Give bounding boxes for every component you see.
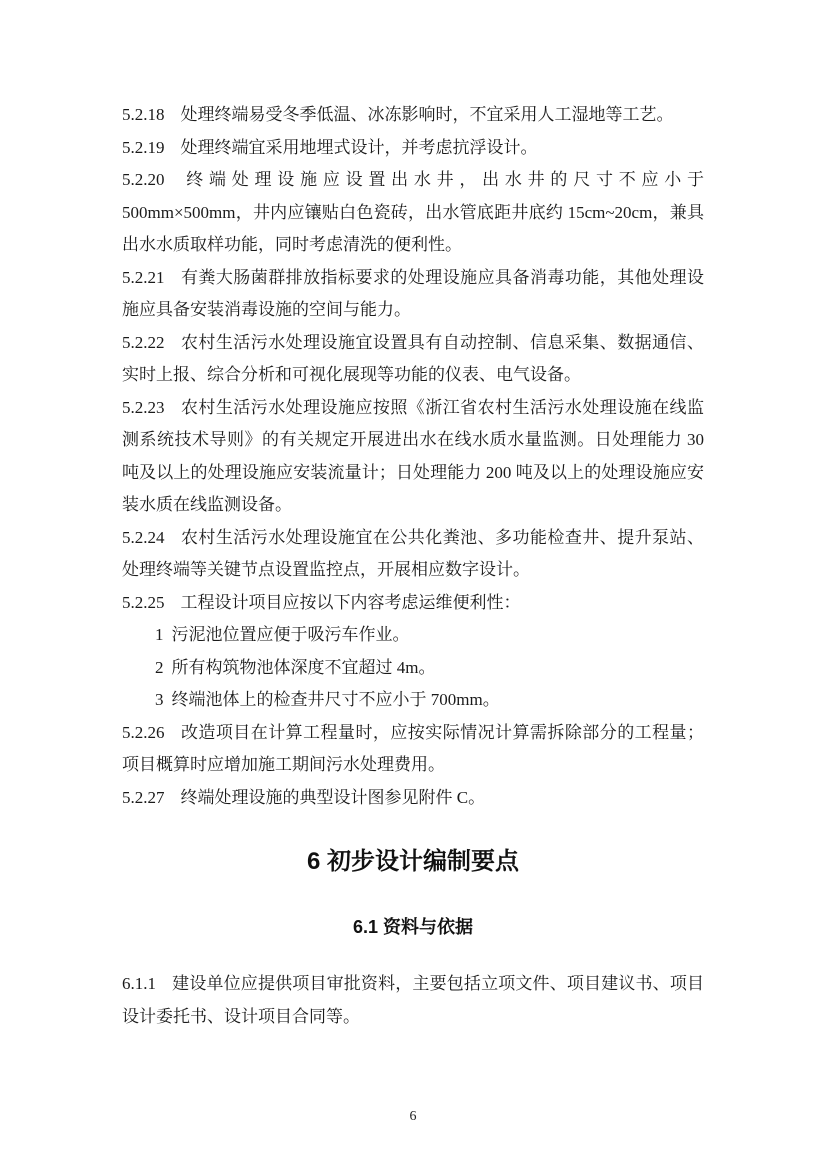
clause-number: 5.2.26 <box>122 723 165 742</box>
clause-text: 污泥池位置应便于吸污车作业。 <box>172 625 410 644</box>
clause-paragraph: 5.2.18处理终端易受冬季低温、冰冻影响时，不宜采用人工湿地等工艺。 <box>122 99 704 132</box>
chapter-heading: 6 初步设计编制要点 <box>122 841 704 876</box>
list-item: 1污泥池位置应便于吸污车作业。 <box>122 619 704 652</box>
clause-paragraph: 5.2.23农村生活污水处理设施应按照《浙江省农村生活污水处理设施在线监测系统技… <box>122 392 704 522</box>
clause-text: 终端处理设施应设置出水井，出水井的尺寸不应小于 500mm×500mm，井内应镶… <box>122 170 704 254</box>
clause-text: 改造项目在计算工程量时，应按实际情况计算需拆除部分的工程量；项目概算时应增加施工… <box>122 723 704 775</box>
page-number: 6 <box>0 1109 826 1125</box>
clause-number: 5.2.23 <box>122 398 165 417</box>
clause-paragraph: 5.2.25工程设计项目应按以下内容考虑运维便利性： <box>122 587 704 620</box>
section-clause-list: 6.1.1建设单位应提供项目审批资料，主要包括立项文件、项目建议书、项目设计委托… <box>122 968 704 1033</box>
clause-text: 终端处理设施的典型设计图参见附件 C。 <box>181 788 486 807</box>
clause-paragraph: 5.2.27终端处理设施的典型设计图参见附件 C。 <box>122 782 704 815</box>
clause-number: 5.2.21 <box>122 268 165 287</box>
clause-text: 所有构筑物池体深度不宜超过 4m。 <box>172 658 436 677</box>
clause-text: 终端池体上的检查井尺寸不应小于 700mm。 <box>172 690 500 709</box>
clause-number: 3 <box>155 690 164 709</box>
clause-text: 处理终端宜采用地埋式设计，并考虑抗浮设计。 <box>181 138 538 157</box>
clause-text: 农村生活污水处理设施宜在公共化粪池、多功能检查井、提升泵站、处理终端等关键节点设… <box>122 528 704 580</box>
clause-paragraph: 5.2.24农村生活污水处理设施宜在公共化粪池、多功能检查井、提升泵站、处理终端… <box>122 522 704 587</box>
list-item: 3终端池体上的检查井尺寸不应小于 700mm。 <box>122 684 704 717</box>
clause-text: 建设单位应提供项目审批资料，主要包括立项文件、项目建议书、项目设计委托书、设计项… <box>122 974 704 1026</box>
clause-text: 农村生活污水处理设施应按照《浙江省农村生活污水处理设施在线监测系统技术导则》的有… <box>122 398 704 515</box>
clause-number: 1 <box>155 625 164 644</box>
clause-paragraph: 5.2.26改造项目在计算工程量时，应按实际情况计算需拆除部分的工程量；项目概算… <box>122 717 704 782</box>
clause-number: 5.2.20 <box>122 170 165 189</box>
clause-text: 处理终端易受冬季低温、冰冻影响时，不宜采用人工湿地等工艺。 <box>181 105 674 124</box>
list-item: 2所有构筑物池体深度不宜超过 4m。 <box>122 652 704 685</box>
clause-paragraph: 6.1.1建设单位应提供项目审批资料，主要包括立项文件、项目建议书、项目设计委托… <box>122 968 704 1033</box>
clause-paragraph: 5.2.19处理终端宜采用地埋式设计，并考虑抗浮设计。 <box>122 132 704 165</box>
clause-number: 5.2.27 <box>122 788 165 807</box>
clause-number: 5.2.18 <box>122 105 165 124</box>
clause-number: 5.2.22 <box>122 333 165 352</box>
clause-number: 5.2.19 <box>122 138 165 157</box>
clause-paragraph: 5.2.21有粪大肠菌群排放指标要求的处理设施应具备消毒功能，其他处理设施应具备… <box>122 262 704 327</box>
clause-text: 有粪大肠菌群排放指标要求的处理设施应具备消毒功能，其他处理设施应具备安装消毒设施… <box>122 268 704 320</box>
clause-text: 工程设计项目应按以下内容考虑运维便利性： <box>181 593 521 612</box>
clause-number: 6.1.1 <box>122 974 156 993</box>
clause-text: 农村生活污水处理设施宜设置具有自动控制、信息采集、数据通信、实时上报、综合分析和… <box>122 333 704 385</box>
clause-number: 2 <box>155 658 164 677</box>
clause-paragraph: 5.2.20终端处理设施应设置出水井，出水井的尺寸不应小于 500mm×500m… <box>122 164 704 262</box>
clause-list: 5.2.18处理终端易受冬季低温、冰冻影响时，不宜采用人工湿地等工艺。5.2.1… <box>122 99 704 814</box>
section-heading: 6.1 资料与依据 <box>122 913 704 939</box>
clause-number: 5.2.24 <box>122 528 165 547</box>
clause-number: 5.2.25 <box>122 593 165 612</box>
clause-paragraph: 5.2.22农村生活污水处理设施宜设置具有自动控制、信息采集、数据通信、实时上报… <box>122 327 704 392</box>
document-page: 5.2.18处理终端易受冬季低温、冰冻影响时，不宜采用人工湿地等工艺。5.2.1… <box>0 0 826 1169</box>
